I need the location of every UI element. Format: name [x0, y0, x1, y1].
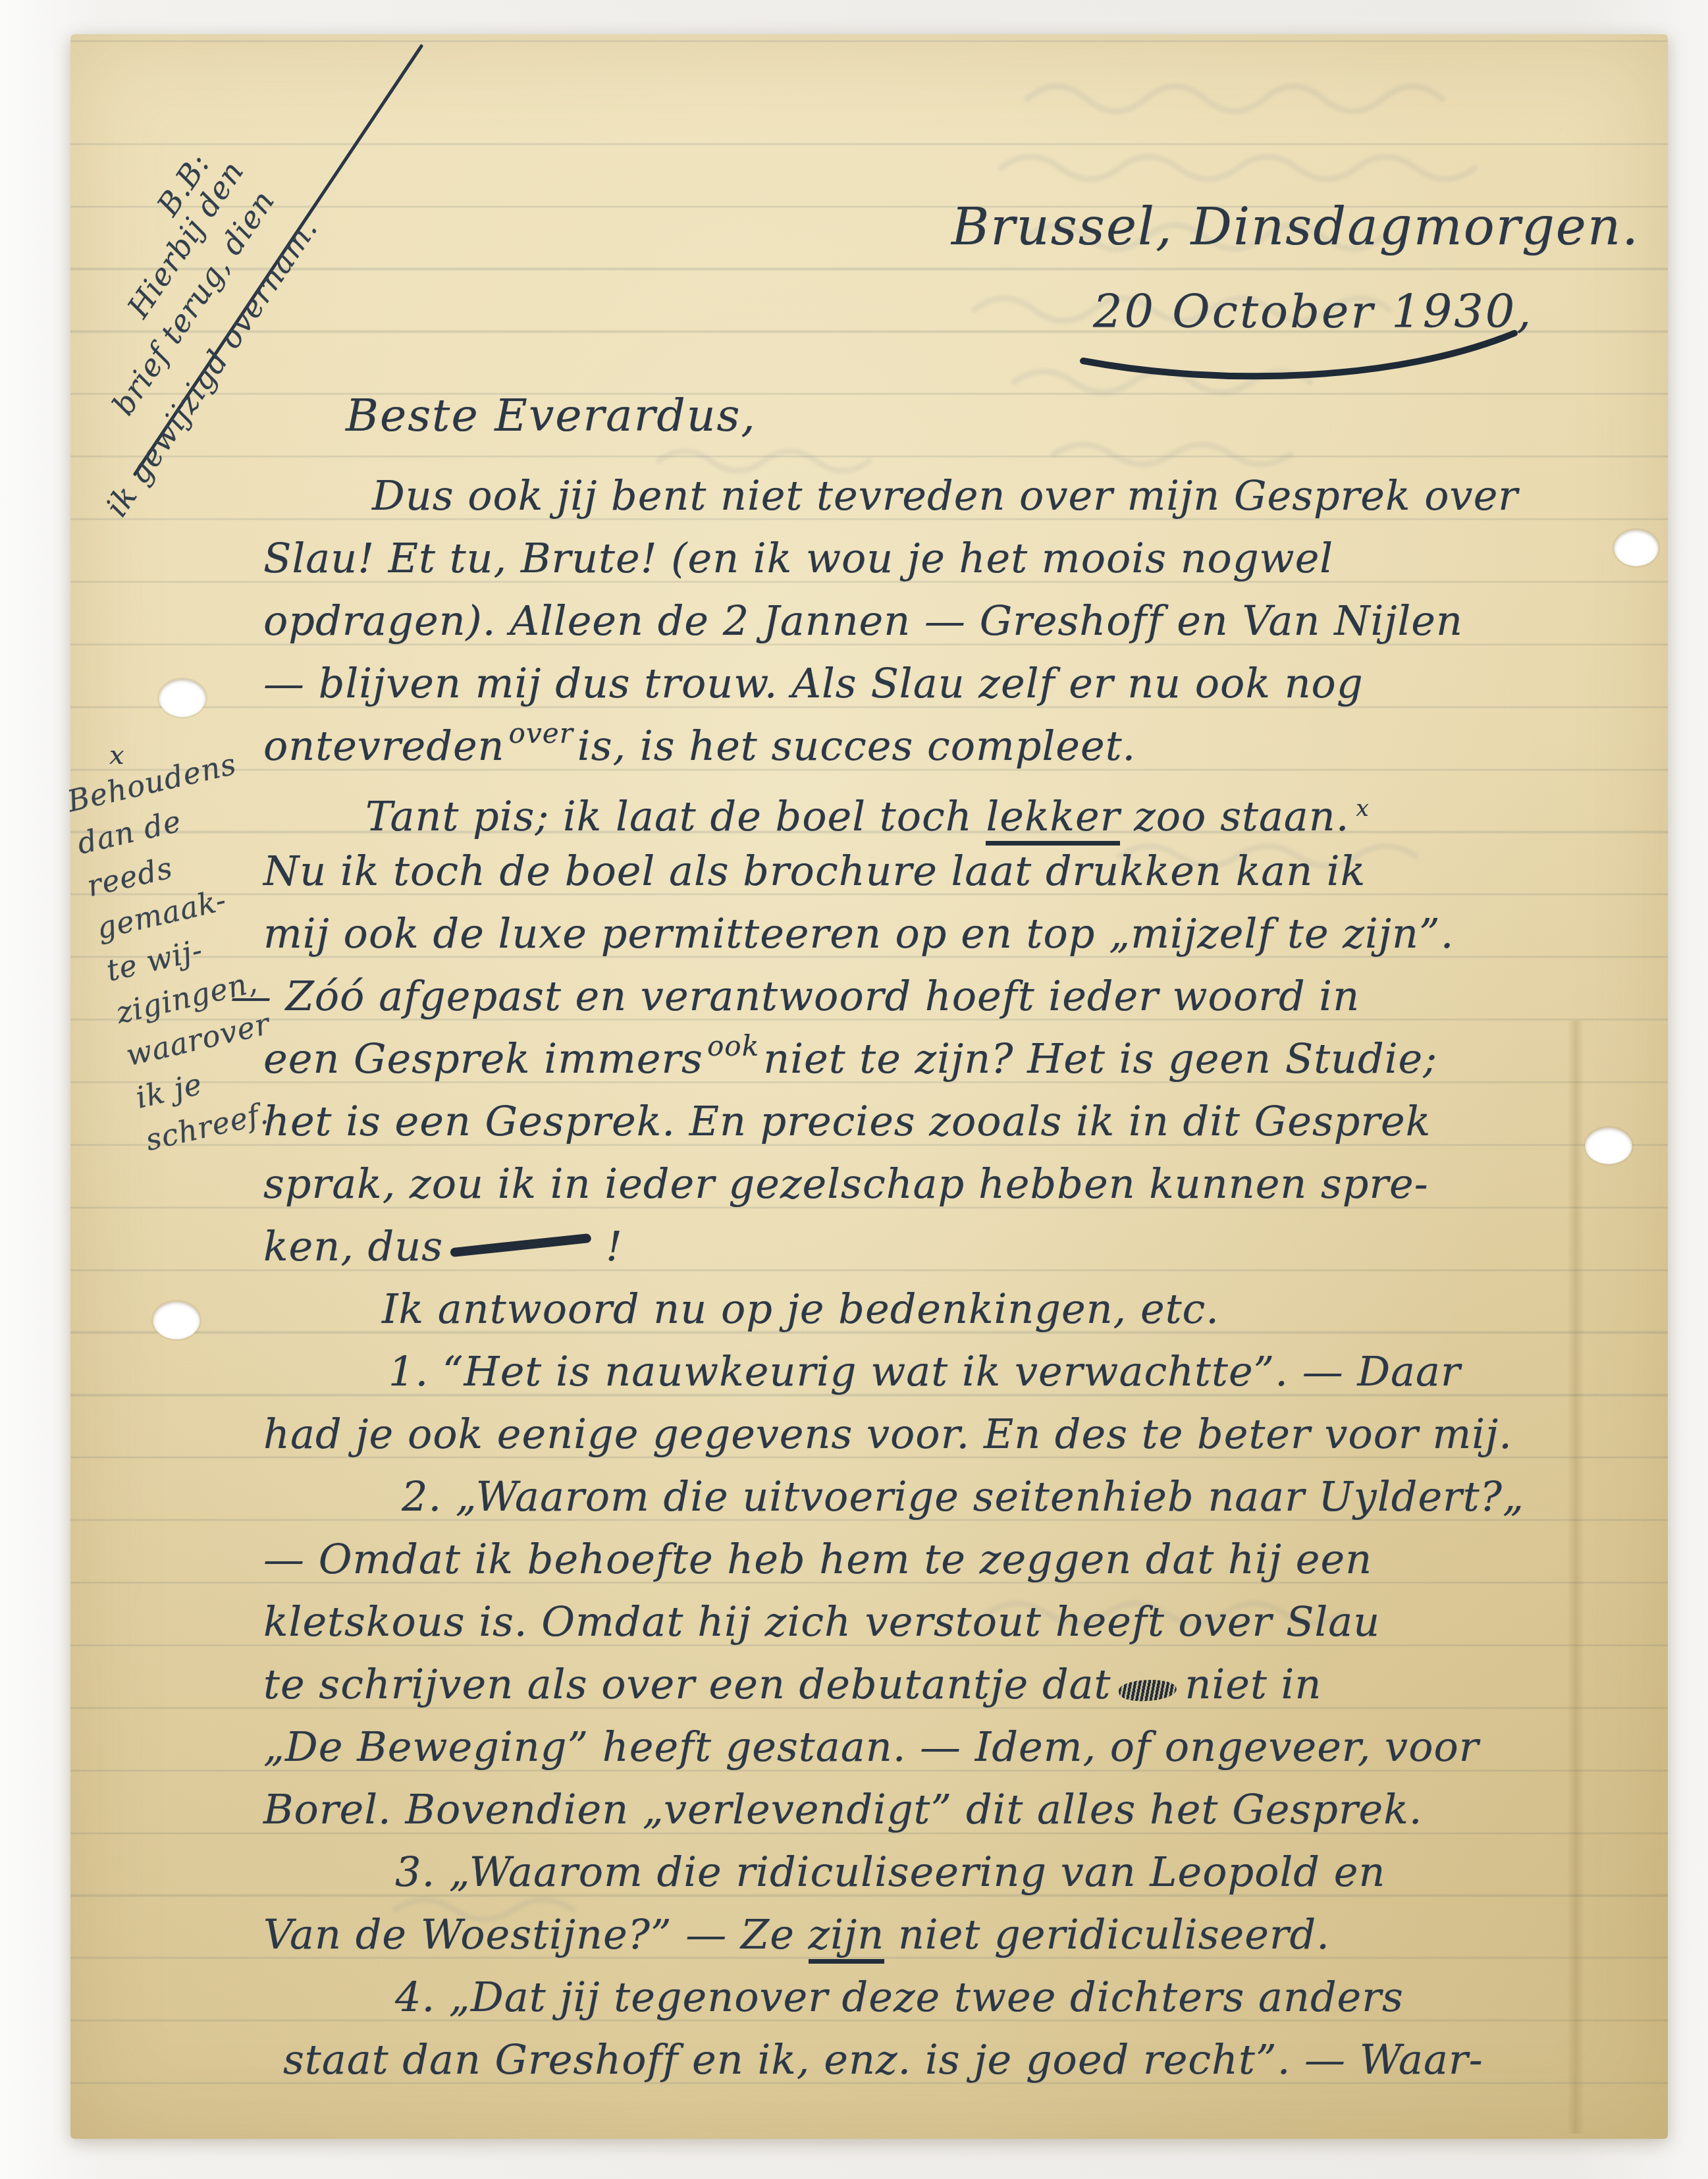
text-segment: — blijven mij dus trouw. Als Slau zelf e…: [263, 659, 1364, 707]
text-segment: Slau! Et tu, Brute! (en ik wou je het mo…: [263, 534, 1333, 582]
text-segment: !: [606, 1222, 623, 1270]
text-segment: had je ook eenige gegevens voor. En des …: [263, 1410, 1512, 1458]
text-segment: kletskous is. Omdat hij zich verstout he…: [263, 1598, 1380, 1646]
text-segment: 4. „Dat jij tegenover deze twee dichters…: [395, 1973, 1404, 2021]
text-segment: opdragen). Alleen de 2 Jannen — Greshoff…: [263, 597, 1463, 645]
letter-line: — blijven mij dus trouw. Als Slau zelf e…: [263, 655, 1364, 712]
inserted-word: ook: [707, 1030, 759, 1062]
text-segment: Nu ik toch de boel als brochure laat dru…: [263, 847, 1366, 895]
text-segment: Borel. Bovendien „verlevendigt” dit alle…: [263, 1785, 1422, 1833]
letter-date: 20 October 1930,: [1093, 284, 1534, 338]
letter-line: een Gesprek immersookniet te zijn? Het i…: [263, 1031, 1437, 1092]
letter-line: Ik antwoord nu op je bedenkingen, etc.: [382, 1281, 1219, 1337]
text-segment: — Zóó afgepast en verantwoord hoeft iede…: [230, 972, 1360, 1020]
text-segment: mij ook de luxe permitteeren op en top „…: [263, 909, 1454, 957]
inserted-word: over: [509, 717, 574, 749]
salutation: Beste Everardus,: [346, 390, 757, 442]
text-segment: 2. „Waarom die uitvoerige seitenhieb naa…: [402, 1472, 1524, 1520]
letter-line: te schrijven als over een debutantje dat…: [263, 1656, 1321, 1713]
text-segment: Van de Woestijne?” — Ze: [263, 1910, 809, 1958]
text-segment: „De Beweging” heeft gestaan. — Idem, of …: [263, 1723, 1479, 1771]
text-segment: zijn: [809, 1910, 885, 1964]
letter-line: opdragen). Alleen de 2 Jannen — Greshoff…: [263, 593, 1463, 649]
letter-line: 3. „Waarom die ridiculiseering van Leopo…: [395, 1844, 1385, 1900]
text-segment: sprak, zou ik in ieder gezelschap hebben…: [263, 1160, 1429, 1208]
text-segment: ontevreden: [263, 722, 505, 770]
letter-line: staat dan Greshoff en ik, enz. is je goe…: [283, 2031, 1483, 2088]
text-segment: — Omdat ik behoefte heb hem te zeggen da…: [263, 1535, 1372, 1583]
letter-line: Tant pis; ik laat de boel toch lekker zo…: [365, 780, 1370, 845]
letter-line: mij ook de luxe permitteeren op en top „…: [263, 905, 1454, 962]
letter-line: 4. „Dat jij tegenover deze twee dichters…: [395, 1969, 1404, 2026]
punch-hole: [159, 679, 206, 717]
letter-line: Slau! Et tu, Brute! (en ik wou je het mo…: [263, 530, 1333, 587]
letter-line: sprak, zou ik in ieder gezelschap hebben…: [263, 1156, 1429, 1212]
letter-line: kletskous is. Omdat hij zich verstout he…: [263, 1594, 1380, 1650]
letter-line: 2. „Waarom die uitvoerige seitenhieb naa…: [402, 1468, 1524, 1525]
letter-line: Van de Woestijne?” — Ze zijn niet geridi…: [263, 1906, 1330, 1963]
text-segment: een Gesprek immers: [263, 1035, 703, 1083]
letter-line: ken, dus!: [263, 1218, 623, 1275]
margin-note-marker: x: [109, 740, 124, 770]
scribble-strikeout: [1118, 1678, 1177, 1703]
letter-line: 1. “Het is nauwkeurig wat ik verwachtte”…: [388, 1343, 1461, 1400]
text-segment: x: [1356, 795, 1369, 822]
text-segment: te schrijven als over een debutantje dat: [263, 1660, 1111, 1708]
text-segment: Ik antwoord nu op je bedenkingen, etc.: [382, 1285, 1219, 1333]
letter-line: Borel. Bovendien „verlevendigt” dit alle…: [263, 1781, 1422, 1838]
text-segment: Tant pis; ik laat de boel toch: [365, 792, 986, 840]
letter-line: Dus ook jij bent niet tevreden over mijn…: [372, 468, 1518, 524]
text-segment: niet in: [1185, 1660, 1321, 1708]
text-segment: staat dan Greshoff en ik, enz. is je goe…: [283, 2035, 1483, 2084]
punch-hole: [1614, 529, 1659, 566]
letter-line: ontevredenoveris, is het succes compleet…: [263, 718, 1136, 779]
letter-line: Nu ik toch de boel als brochure laat dru…: [263, 843, 1366, 900]
letter-line: had je ook eenige gegevens voor. En des …: [263, 1406, 1512, 1463]
text-segment: lekker: [986, 792, 1120, 846]
letter-line: „De Beweging” heeft gestaan. — Idem, of …: [263, 1719, 1479, 1775]
text-segment: ken, dus: [263, 1222, 443, 1270]
text-segment: niet te zijn? Het is geen Studie;: [763, 1035, 1437, 1083]
letter-line: — Zóó afgepast en verantwoord hoeft iede…: [230, 968, 1360, 1025]
letter-line: — Omdat ik behoefte heb hem te zeggen da…: [263, 1531, 1372, 1588]
text-segment: is, is het succes compleet.: [577, 722, 1136, 770]
scanned-letter-page: B.B:Hierbij denbrief terug, dienik gewij…: [0, 0, 1708, 2179]
letter-place-date: Brussel, Dinsdagmorgen.: [951, 198, 1640, 257]
text-segment: het is een Gesprek. En precies zooals ik…: [263, 1097, 1431, 1145]
punch-hole: [1585, 1127, 1632, 1164]
text-segment: niet geridiculiseerd.: [884, 1910, 1330, 1958]
dash-stroke: [450, 1233, 591, 1257]
letter-line: het is een Gesprek. En precies zooals ik…: [263, 1093, 1431, 1150]
text-segment: 3. „Waarom die ridiculiseering van Leopo…: [395, 1848, 1385, 1896]
text-segment: Dus ook jij bent niet tevreden over mijn…: [372, 471, 1518, 520]
text-segment: zoo staan.: [1120, 792, 1349, 840]
text-segment: 1. “Het is nauwkeurig wat ik verwachtte”…: [388, 1347, 1461, 1395]
punch-hole: [153, 1301, 200, 1339]
